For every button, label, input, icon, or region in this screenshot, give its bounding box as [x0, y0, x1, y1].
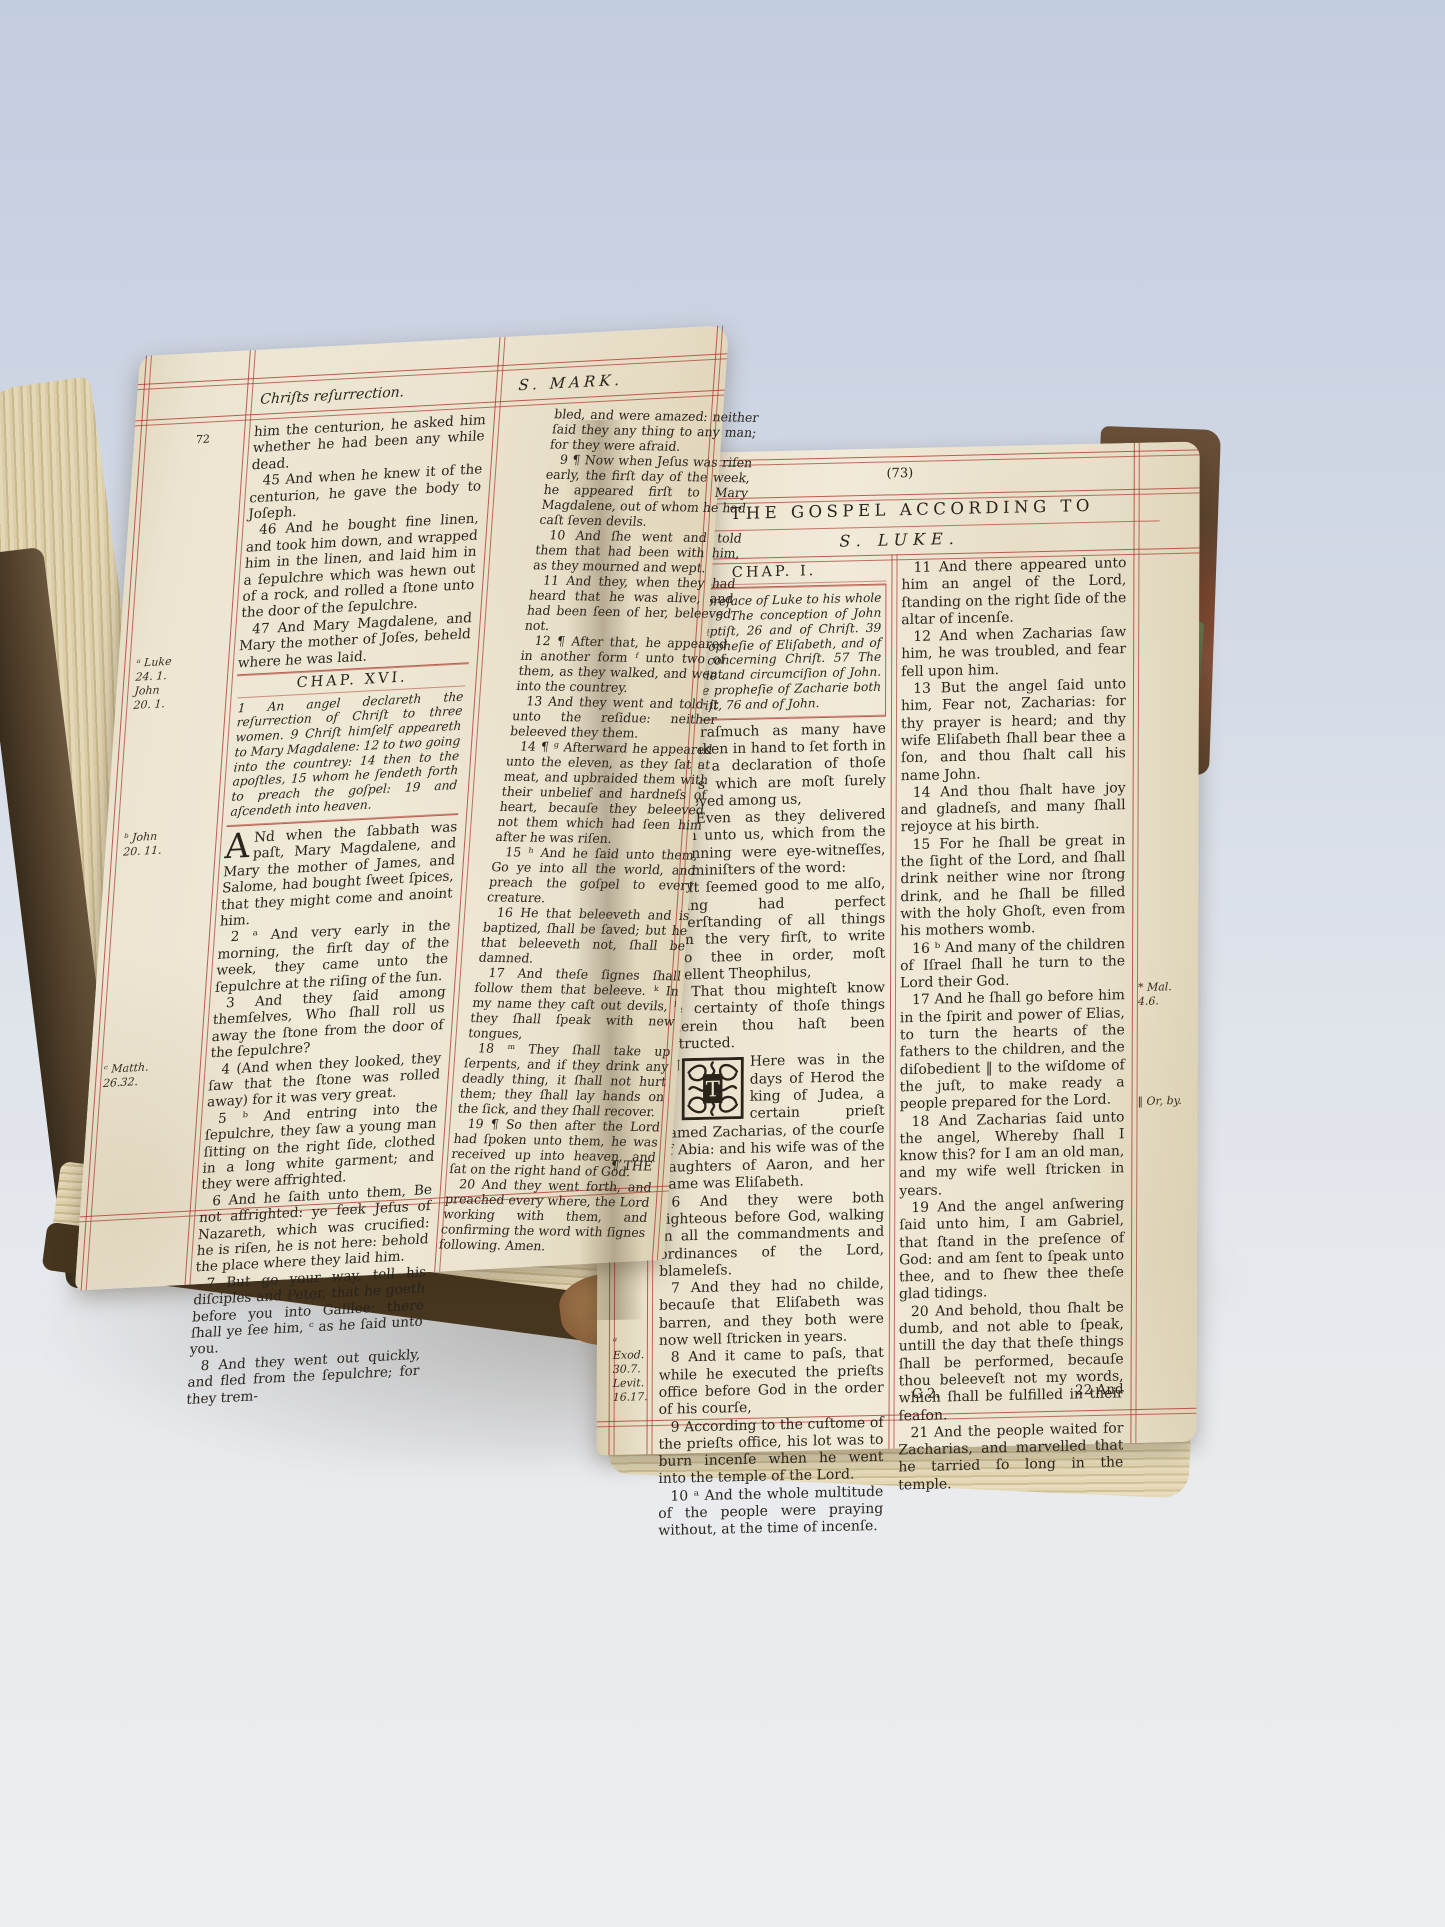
verse-with-ornate-initial: 5 ¶ T Here was i — [659, 1049, 884, 1195]
verse: 10 And ſhe went and told them that had b… — [532, 527, 742, 576]
verse: ANd when the ſabbath was paſt, Mary Magd… — [219, 819, 458, 930]
verse: 12 And when Zacharias ſaw him, he was tr… — [901, 624, 1126, 681]
verse: 14 And thou ſhalt have joy and gladneſs,… — [901, 780, 1126, 837]
mark-column-1: him the centurion, he asked him whether … — [186, 412, 486, 1408]
ornate-woodcut-initial-T-icon: T — [682, 1057, 744, 1120]
verse: 9 According to the cuſtome of the prieſt… — [658, 1414, 883, 1488]
verse: 10 ᵃ And the whole multitude of the peop… — [658, 1484, 883, 1541]
running-head-subject: Chriſts reſurrection. — [260, 384, 405, 408]
verse: 3 It ſeemed good to me alſo, having had … — [660, 876, 885, 985]
svg-text:T: T — [706, 1078, 720, 1103]
catchword: ¶ THE — [610, 1159, 654, 1175]
verse: 4 That thou mighteſt know the certainty … — [660, 980, 885, 1054]
verse: 20 And they went forth, and preached eve… — [438, 1176, 653, 1255]
verse: 20 And behold, thou ſhalt be dumb, and n… — [899, 1299, 1124, 1425]
luke-column-2: 11 And there appeared unto him an angel … — [898, 555, 1126, 1494]
verse: 12 ¶ After that, he appeared in another … — [516, 633, 729, 697]
verse: 18 ᵐ They ſhall take up ſerpents, and if… — [457, 1040, 672, 1119]
margin-note-exodus-leviticus: ᵃ Exod. 30.7. Levit. 16.17. — [613, 1334, 647, 1405]
verse: 13 But the angel ſaid unto him, Fear not… — [901, 676, 1126, 785]
verse: 18 And Zacharias ſaid unto the angel, Wh… — [899, 1109, 1124, 1201]
drop-cap-A: A — [224, 830, 255, 862]
left-page-s-mark: Chriſts reſurrection. S. MARK. 72 ᵃ Luke… — [75, 325, 730, 1291]
ruled-line — [1130, 443, 1139, 1443]
verse: 11 And there appeared unto him an angel … — [901, 555, 1126, 629]
verse: 15 For he ſhall be great in the ſight of… — [900, 832, 1125, 941]
verse: 3 And they ſaid among themſelves, Who ſh… — [210, 984, 446, 1062]
ruled-line — [888, 554, 897, 1448]
chapter-box: CHAP. XVI. 1 An angel declareth the reſu… — [226, 662, 468, 827]
verse: 19 And the angel anſwering ſaid unto him… — [899, 1195, 1124, 1304]
gathering-signature: G 2. — [912, 1386, 940, 1403]
margin-note-matthew: ᶜ Matth. 26.32. — [103, 1058, 195, 1091]
margin-number: 72 — [195, 432, 210, 446]
verse: 9 ¶ Now when Jeſus was riſen early, the … — [539, 451, 754, 530]
verse: 7 But go your way, tell his diſciples an… — [189, 1264, 426, 1359]
margin-note-or-by: ‖ Or, by. — [1138, 1094, 1194, 1109]
verse: 16 ᵇ And many of the children of Iſrael … — [900, 936, 1125, 993]
chapter-argument: 1 An angel declareth the reſurrection of… — [229, 686, 465, 822]
verse: 6 And they were both righteous before Go… — [659, 1189, 884, 1281]
verse: 46 And he bought fine linen, and took hi… — [241, 511, 480, 622]
margin-note-malachi: * Mal. 4.6. — [1138, 980, 1194, 1009]
verse: 11 And they, when they had heard that he… — [524, 572, 737, 636]
verse: 8 And it came to paſs, that while he exe… — [659, 1345, 884, 1419]
verse: 16 He that beleeveth and is baptized, ſh… — [478, 904, 691, 968]
verse: 21 And the people waited for Zacharias, … — [898, 1420, 1123, 1494]
verse: 13 And they went and told it unto the re… — [509, 693, 719, 742]
verse: 2 ᵃ And very early in the morning, the f… — [215, 918, 451, 996]
verse: 14 ¶ ᵍ Afterward he appeared unto the el… — [495, 738, 714, 847]
verse: 6 And he ſaith unto them, Be not affrigh… — [195, 1182, 432, 1277]
verse: 7 And they had no childe, becauſe that E… — [659, 1276, 884, 1350]
catchword: 22 And — [1075, 1381, 1124, 1398]
margin-note-john: ᵇ John 20. 11. — [123, 827, 211, 860]
photo-of-open-bible: (73) ¶ THE GOSPEL ACCORDING TO S. LUKE. … — [0, 0, 1445, 1927]
verse: 15 ʰ And he ſaid unto them, Go ye into a… — [486, 844, 699, 908]
verse: 5 ᵇ And entring into the ſepulchre, they… — [201, 1099, 438, 1194]
verse: 17 And he ſhall go before him in the ſpi… — [900, 988, 1125, 1114]
verse: 17 And theſe ſignes ſhall follow them th… — [467, 965, 682, 1044]
verse-continuation: bled, and were amazed: neither ſaid they… — [549, 406, 759, 455]
margin-note-luke-john: ᵃ Luke 24. 1. John 20. 1. — [133, 652, 223, 713]
